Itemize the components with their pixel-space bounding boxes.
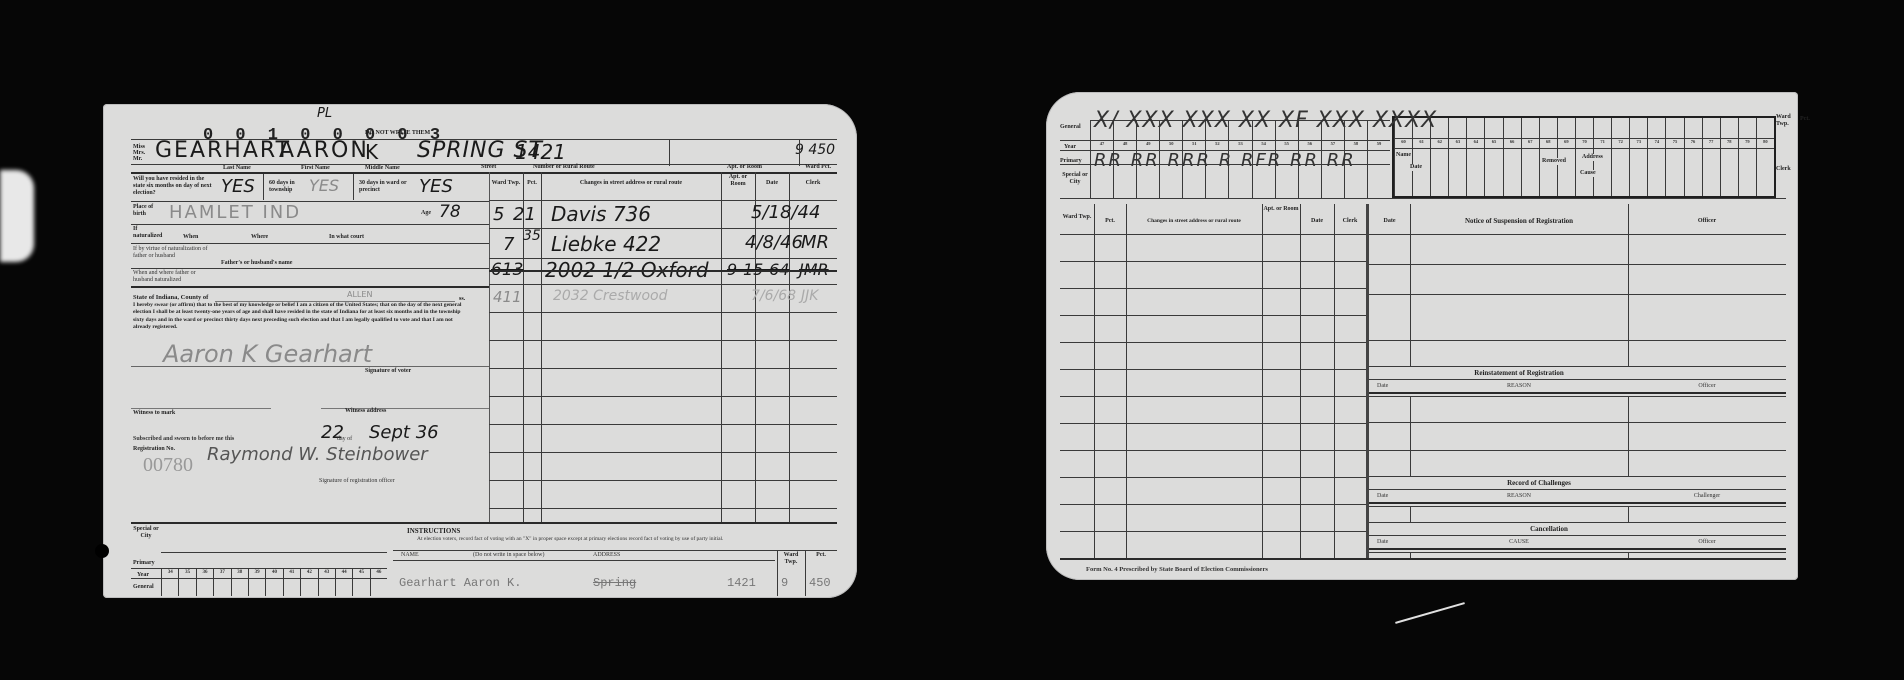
row4-address: 2032 Crestwood xyxy=(553,288,667,304)
residency-q3-label: 30 days in ward or precinct xyxy=(359,180,413,194)
divider xyxy=(669,140,670,166)
year-label: 69 xyxy=(1558,139,1575,144)
section-row-line xyxy=(1369,450,1786,451)
typed-number: 1421 xyxy=(727,576,756,590)
year-label: 48 xyxy=(1114,141,1136,146)
year-label: 43 xyxy=(319,570,335,575)
ward-pct-label: Ward Pct. xyxy=(805,164,831,171)
year-column: 44 xyxy=(335,568,352,596)
col-date: Date xyxy=(755,180,789,187)
year-column: 37 xyxy=(213,568,230,596)
birth-value: HAMLET IND xyxy=(169,202,301,223)
year-label: 80 xyxy=(1757,139,1774,144)
residency-q3-answer: YES xyxy=(419,176,453,197)
year-label: 73 xyxy=(1630,139,1647,144)
naturalized-when-label: When xyxy=(183,234,198,241)
typed-name: Gearhart Aaron K. xyxy=(399,576,521,590)
year-column: 34 xyxy=(161,568,178,596)
year-column: 69 xyxy=(1557,118,1575,196)
row1-date: 5/18/44 xyxy=(751,202,820,223)
year-label: 64 xyxy=(1467,139,1484,144)
last-name-label: Last Name xyxy=(223,165,251,172)
voter-signature-label: Signature of voter xyxy=(365,368,411,375)
challenges-challenger-label: Challenger xyxy=(1628,493,1786,500)
table-row-line xyxy=(1060,450,1366,451)
apt-label: Apt. or Room xyxy=(727,164,762,171)
table-row-line xyxy=(1060,261,1366,262)
year-column: 76 xyxy=(1684,118,1702,196)
divider xyxy=(799,140,800,166)
section-row-line xyxy=(1369,294,1786,295)
house-number-value: 1421 xyxy=(515,140,566,164)
year-label: 65 xyxy=(1485,139,1502,144)
row-label-general: General xyxy=(1060,124,1081,131)
punch-hole xyxy=(95,544,109,558)
year-column: 39 xyxy=(248,568,265,596)
year-column: 65 xyxy=(1484,118,1502,196)
residency-q1-label: Will you have resided in the state six m… xyxy=(133,176,213,197)
year-column: 45 xyxy=(352,568,369,596)
row1-address: Davis 736 xyxy=(551,202,651,226)
row2-clerk: MR xyxy=(801,232,829,253)
year-label: 41 xyxy=(284,570,300,575)
ward-pct-value: 9 450 xyxy=(795,142,835,158)
middle-name-value: K xyxy=(365,140,378,164)
middle-name-label: Middle Name xyxy=(365,165,400,172)
table-row-line xyxy=(1060,288,1366,289)
registration-number: 00780 xyxy=(143,454,193,477)
year-label: 40 xyxy=(266,570,282,575)
instructions-text: At election voters, record fact of votin… xyxy=(417,536,817,542)
year-column: 40 xyxy=(265,568,282,596)
section-row-line xyxy=(1369,422,1786,423)
top-note: PL xyxy=(317,106,332,121)
year-label: 66 xyxy=(1504,139,1521,144)
year-columns: 34353637383940414243444546 xyxy=(161,568,387,596)
year-label: 39 xyxy=(249,570,265,575)
year-label: 60 xyxy=(1395,139,1412,144)
divider xyxy=(131,366,489,367)
back-tables: Ward Twp. Pct. Changes in street address… xyxy=(1060,204,1786,560)
row-label-special: Special or City xyxy=(1060,172,1090,186)
birth-label: Place of birth xyxy=(133,204,161,218)
divider xyxy=(131,243,489,244)
year-label: 74 xyxy=(1648,139,1665,144)
reinstatement-title: Reinstatement of Registration xyxy=(1369,370,1669,377)
year-label: 55 xyxy=(1276,141,1298,146)
card-tab-edge xyxy=(0,170,34,262)
section-row-line xyxy=(1369,396,1786,397)
ward-col-label: Ward Twp. xyxy=(777,552,805,566)
first-name-value: AARON xyxy=(279,138,369,163)
cancellation-cause-label: CAUSE xyxy=(1410,539,1628,546)
box-date-label: Date xyxy=(1410,164,1422,171)
col-clerk: Clerk xyxy=(789,180,837,187)
vote-record-grid-back: General Year Primary Special or City 474… xyxy=(1060,114,1786,202)
street-label: Street xyxy=(481,164,496,171)
year-column: 67 xyxy=(1521,118,1539,196)
last-name-value: GEARHART xyxy=(155,138,291,163)
residency-q2-answer: YES xyxy=(309,176,339,195)
subscribed-month-year: Sept 36 xyxy=(369,422,439,443)
year-label: 67 xyxy=(1522,139,1539,144)
challenges-date-label: Date xyxy=(1377,493,1388,500)
challenges-section: Record of Challenges Date REASON Challen… xyxy=(1369,476,1786,506)
year-label: 42 xyxy=(301,570,317,575)
year-column: 36 xyxy=(196,568,213,596)
row2-pct: 35 xyxy=(523,228,541,244)
form-footer: Form No. 4 Prescribed by State Board of … xyxy=(1086,566,1268,573)
year-label: 70 xyxy=(1576,139,1593,144)
year-column: 41 xyxy=(283,568,300,596)
reinstatement-officer-label: Officer xyxy=(1628,383,1786,390)
col-address: Changes in street address or rural route xyxy=(541,180,721,187)
naturalized-where-label: Where xyxy=(251,234,268,241)
row2-ward: 7 xyxy=(503,234,514,255)
row1-ward: 5 xyxy=(493,204,504,225)
table-row-line xyxy=(1060,234,1366,235)
year-column: 63 xyxy=(1448,118,1466,196)
year-label: 72 xyxy=(1612,139,1629,144)
year-label: 78 xyxy=(1721,139,1738,144)
section-row-line xyxy=(1369,264,1786,265)
year-label: 63 xyxy=(1449,139,1466,144)
table-row-line xyxy=(1060,423,1366,424)
cancellation-officer-label: Officer xyxy=(1628,539,1786,546)
year-column: 66 xyxy=(1503,118,1521,196)
row-label-general: General xyxy=(133,584,154,591)
section-row-line xyxy=(1369,340,1786,341)
year-column: 43 xyxy=(318,568,335,596)
year-label: 56 xyxy=(1299,141,1321,146)
col-apt: Apt. or Room xyxy=(721,174,755,188)
oath-state-line: State of Indiana, County of xyxy=(133,294,208,301)
year-label: 44 xyxy=(336,570,352,575)
registrar-signature-label: Signature of registration officer xyxy=(319,478,395,485)
number-label: Number or Rural Route xyxy=(533,164,595,171)
year-column: 64 xyxy=(1466,118,1484,196)
primary-vote-marks: RR RR RRR R RFR RR RR xyxy=(1094,150,1356,171)
cancellation-date-label: Date xyxy=(1377,539,1388,546)
divider xyxy=(131,286,489,288)
col-ward: Ward Twp. xyxy=(489,180,523,187)
year-column: 78 xyxy=(1720,118,1738,196)
removal-box: 6061626364656667686970717273747576777879… xyxy=(1392,116,1776,198)
year-label: 71 xyxy=(1594,139,1611,144)
residency-q2-label: 60 days in township xyxy=(269,180,313,194)
box-removed-label: Removed xyxy=(1542,158,1566,165)
year-column: 35 xyxy=(178,568,195,596)
year-label: 62 xyxy=(1431,139,1448,144)
oath-text: I hereby swear (or affirm) that to the b… xyxy=(133,302,463,332)
table-row-line xyxy=(1060,315,1366,316)
section-row-line xyxy=(1369,234,1786,235)
reinstatement-section: Reinstatement of Registration Date REASO… xyxy=(1369,366,1786,396)
year-label: 46 xyxy=(371,570,387,575)
row2-address: Liebke 422 xyxy=(551,232,661,256)
year-column: 72 xyxy=(1611,118,1629,196)
reinstatement-reason-label: REASON xyxy=(1410,383,1628,390)
oath-county: ALLEN xyxy=(347,290,372,299)
divider xyxy=(263,174,264,200)
day-of-label: day of xyxy=(337,436,352,443)
table-row-line xyxy=(1060,396,1366,397)
row4-clerk: JJK xyxy=(801,288,818,304)
row4-date: 7/6/68 xyxy=(751,288,796,304)
divider xyxy=(131,268,489,269)
year-column: 73 xyxy=(1629,118,1647,196)
year-label: 50 xyxy=(1160,141,1182,146)
naturalization-virtue-label: If by virtue of naturalization of father… xyxy=(133,246,213,260)
row1-pct: 21 xyxy=(513,204,536,225)
typed-ward: 9 xyxy=(781,576,788,590)
year-column: 68 xyxy=(1539,118,1557,196)
year-label: 45 xyxy=(353,570,369,575)
year-label: 47 xyxy=(1091,141,1113,146)
witness-address-label: Witness address xyxy=(345,408,386,415)
registration-card-back: General Year Primary Special or City 474… xyxy=(1046,92,1798,580)
divider xyxy=(131,408,271,409)
instructions-title: INSTRUCTIONS xyxy=(407,528,460,535)
row4-ward: 411 xyxy=(493,288,522,306)
address-col-label: ADDRESS xyxy=(593,552,620,559)
year-label: 77 xyxy=(1703,139,1720,144)
year-column: 80 xyxy=(1756,118,1774,196)
year-column: 79 xyxy=(1738,118,1756,196)
ward-label: Ward Twp. xyxy=(1776,114,1798,128)
clerk-label: Clerk xyxy=(1776,166,1791,173)
year-label: 38 xyxy=(232,570,248,575)
year-label: 68 xyxy=(1540,139,1557,144)
typed-pct: 450 xyxy=(809,576,831,590)
year-column: 42 xyxy=(300,568,317,596)
year-label: 51 xyxy=(1183,141,1205,146)
naturalized-court-label: In what court xyxy=(329,234,364,241)
vote-record-grid: Special or City Primary Year General 343… xyxy=(131,524,387,596)
table-row-line xyxy=(1060,504,1366,505)
age-label: Age xyxy=(421,210,431,217)
reinstatement-date-label: Date xyxy=(1377,383,1388,390)
year-column: 77 xyxy=(1702,118,1720,196)
address-changes-table: Ward Twp. Pct. Changes in street address… xyxy=(489,172,837,522)
year-label: 36 xyxy=(197,570,213,575)
year-column: 75 xyxy=(1665,118,1683,196)
challenges-reason-label: REASON xyxy=(1410,493,1628,500)
year-label: 49 xyxy=(1137,141,1159,146)
year-label: 76 xyxy=(1685,139,1702,144)
section-row-line xyxy=(1369,506,1786,507)
registrar-signature: Raymond W. Steinbower xyxy=(207,444,428,465)
registration-number-label: Registration No. xyxy=(133,446,175,453)
year-label: 79 xyxy=(1739,139,1756,144)
year-label: 37 xyxy=(214,570,230,575)
no-write-label: (Do not write in space below) xyxy=(473,552,544,559)
year-label: 34 xyxy=(162,570,178,575)
residency-q1-answer: YES xyxy=(221,176,255,197)
name-col-label: NAME xyxy=(401,552,419,559)
year-label: 52 xyxy=(1206,141,1228,146)
box-address-label: Address xyxy=(1582,154,1603,161)
year-label: 75 xyxy=(1666,139,1683,144)
header-instruction: DO NOT WRITE THEM xyxy=(365,130,430,137)
divider xyxy=(353,174,354,200)
challenges-title: Record of Challenges xyxy=(1369,480,1709,487)
table-row-line xyxy=(1060,342,1366,343)
table-row-line xyxy=(1060,369,1366,370)
divider xyxy=(131,224,489,225)
cancellation-section: Cancellation Date CAUSE Officer xyxy=(1369,522,1786,552)
box-name-label: Name xyxy=(1396,152,1411,159)
year-label: 61 xyxy=(1413,139,1430,144)
voter-signature: Aaron K Gearhart xyxy=(163,340,372,368)
table-row-line xyxy=(1060,531,1366,532)
row2-date: 4/8/46 xyxy=(745,232,803,253)
year-label: 57 xyxy=(1322,141,1344,146)
row-label-primary: Primary xyxy=(133,560,155,567)
first-name-label: First Name xyxy=(301,165,330,172)
witness-label: Witness to mark xyxy=(133,410,175,417)
year-label: 59 xyxy=(1368,141,1390,146)
typed-street: Spring xyxy=(593,576,636,590)
father-naturalized-label: When and where father or husband natural… xyxy=(133,270,213,284)
year-label: 58 xyxy=(1345,141,1367,146)
row-label-special: Special or City xyxy=(131,526,161,540)
year-label: 35 xyxy=(179,570,195,575)
year-label: 54 xyxy=(1253,141,1275,146)
year-label: 53 xyxy=(1229,141,1251,146)
year-column: 38 xyxy=(231,568,248,596)
scan-artifact xyxy=(1395,602,1465,624)
title-prefix: Miss Mrs. Mr. xyxy=(133,144,145,162)
instructions-block: INSTRUCTIONS At election voters, record … xyxy=(393,526,837,596)
box-cause-label: Cause xyxy=(1580,170,1596,177)
section-row-line xyxy=(1369,552,1786,553)
general-vote-marks: X/ XXX XXX XX XF XXX XXXX xyxy=(1094,108,1437,133)
pct-col-label: Pct. xyxy=(805,552,837,559)
cancellation-title: Cancellation xyxy=(1369,526,1729,533)
subscribed-label: Subscribed and sworn to before me this xyxy=(133,436,234,443)
year-column: 46 xyxy=(370,568,387,596)
pct-label: Pct. xyxy=(1800,116,1810,123)
col-pct: Pct. xyxy=(523,180,541,187)
naturalized-label: If naturalized xyxy=(133,226,163,240)
year-column: 74 xyxy=(1647,118,1665,196)
registration-card-front: 0 0 1 0 0 0 0 3 PL DO NOT WRITE THEM Mis… xyxy=(103,104,857,598)
age-value: 78 xyxy=(439,202,461,222)
father-name-label: Father's or husband's name xyxy=(221,260,292,267)
table-row-line xyxy=(1060,477,1366,478)
